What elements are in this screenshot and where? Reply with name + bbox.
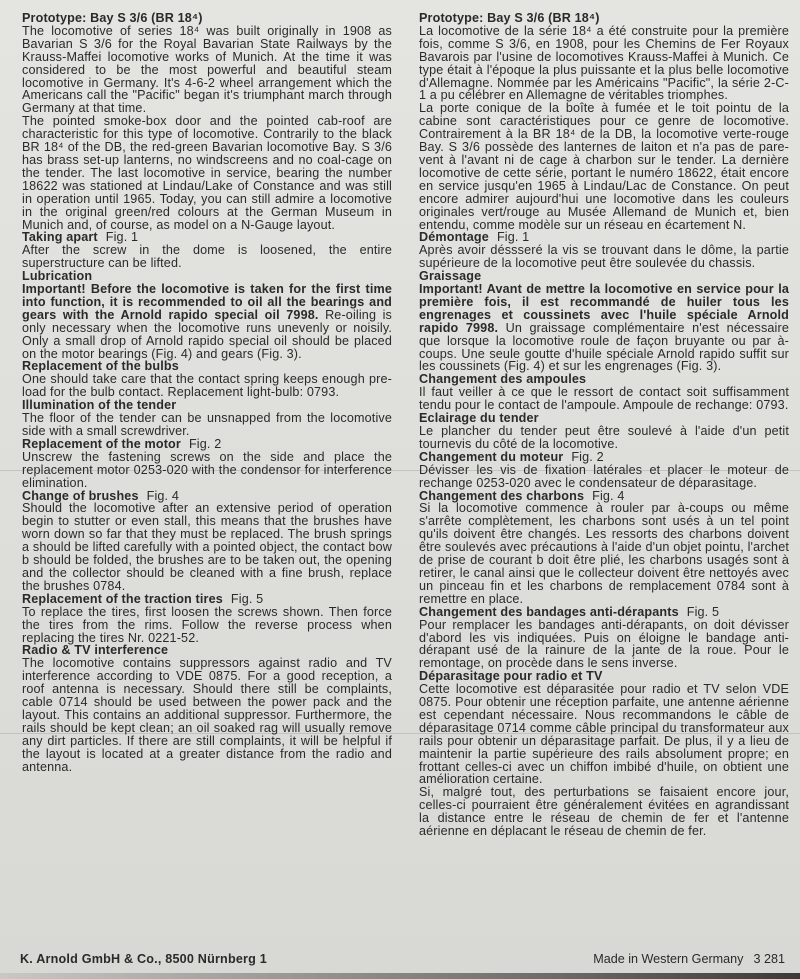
paragraph: Le plancher du tender peut être soulevé … [419,425,789,451]
paragraph-text: To replace the tires, first loosen the s… [22,605,392,645]
heading-text: Déparasitage pour radio et TV [419,669,603,683]
heading-text: Replacement of the motor [22,437,181,451]
heading-text: Changement des bandages anti-dérapants [419,605,679,619]
paragraph: Si, malgré tout, des perturbations se fa… [419,786,789,838]
section: Changement des charbonsFig. 4Si la locom… [419,490,789,606]
paragraph: La locomotive de la série 18⁴ a été cons… [419,25,789,102]
paragraph-text: Si, malgré tout, des perturbations se fa… [419,785,789,838]
figure-reference: Fig. 4 [592,489,624,503]
section: Change of brushesFig. 4Should the locomo… [22,490,392,593]
paragraph-text: Cette locomotive est déparasitée pour ra… [419,682,789,786]
section: Replacement of the motorFig. 2Unscrew th… [22,438,392,490]
paragraph-text: Si la locomotive commence à rouler par à… [419,501,789,605]
heading-text: Eclairage du tender [419,411,539,425]
heading-text: Graissage [419,269,481,283]
heading-text: Lubrication [22,269,92,283]
section: Illumination of the tenderThe floor of t… [22,399,392,438]
paragraph: La porte conique de la boîte à fumée et … [419,102,789,231]
paragraph-text: Pour remplacer les bandages anti-dérapan… [419,618,789,671]
paragraph: The locomotive contains suppressors agai… [22,657,392,773]
heading-text: Replacement of the traction tires [22,592,223,606]
paragraph-text: La porte conique de la boîte à fumée et … [419,101,789,231]
paragraph: Important! Avant de mettre la locomotive… [419,283,789,373]
paragraph-text: La locomotive de la série 18⁴ a été cons… [419,24,789,103]
section: Replacement of the traction tiresFig. 5T… [22,593,392,645]
section: Taking apartFig. 1After the screw in the… [22,231,392,270]
paragraph-text: The locomotive contains suppressors agai… [22,656,392,773]
origin-note: Made in Western Germany3 281 [593,952,785,966]
section: Prototype: Bay S 3/6 (BR 18⁴)La locomoti… [419,12,789,231]
english-column: Prototype: Bay S 3/6 (BR 18⁴)The locomot… [22,12,392,773]
heading-text: Prototype: Bay S 3/6 (BR 18⁴) [419,11,600,25]
heading-text: Changement des ampoules [419,372,586,386]
section: Eclairage du tenderLe plancher du tender… [419,412,789,451]
paragraph-text: Unscrew the fastening screws on the side… [22,450,392,490]
paragraph-text: One should take care that the contact sp… [22,372,392,399]
paragraph-text: Le plancher du tender peut être soulevé … [419,424,789,451]
paper-bottom-edge [0,973,800,979]
paragraph: Should the locomotive after an extensive… [22,502,392,592]
made-in-label: Made in Western Germany [593,952,743,966]
heading-text: Change of brushes [22,489,139,503]
section: Déparasitage pour radio et TVCette locom… [419,670,789,838]
paragraph-text: Dévisser les vis de fixation latérales e… [419,463,789,490]
publisher-address: K. Arnold GmbH & Co., 8500 Nürnberg 1 [20,952,267,966]
section: Changement des ampoulesIl faut veiller à… [419,373,789,412]
figure-reference: Fig. 1 [497,230,529,244]
heading-text: Démontage [419,230,489,244]
paragraph: After the screw in the dome is loosened,… [22,244,392,270]
print-code: 3 281 [753,952,785,966]
paragraph-text: Should the locomotive after an extensive… [22,501,392,592]
section: Changement des bandages anti-dérapantsFi… [419,606,789,671]
heading-text: Taking apart [22,230,98,244]
figure-reference: Fig. 5 [687,605,719,619]
paragraph-text: The pointed smoke-box door and the point… [22,114,392,231]
heading-text: Prototype: Bay S 3/6 (BR 18⁴) [22,11,203,25]
heading-text: Illumination of the tender [22,398,176,412]
heading-text: Replacement of the bulbs [22,359,179,373]
paragraph-text: The floor of the tender can be unsnapped… [22,411,392,438]
section: GraissageImportant! Avant de mettre la l… [419,270,789,373]
paragraph: Il faut veiller à ce que le ressort de c… [419,386,789,412]
paragraph: Dévisser les vis de fixation latérales e… [419,464,789,490]
paragraph: Cette locomotive est déparasitée pour ra… [419,683,789,786]
paragraph: The pointed smoke-box door and the point… [22,115,392,231]
section: DémontageFig. 1Après avoir déssseré la v… [419,231,789,270]
paragraph: One should take care that the contact sp… [22,373,392,399]
paragraph: Pour remplacer les bandages anti-dérapan… [419,619,789,671]
paragraph: Si la locomotive commence à rouler par à… [419,502,789,605]
section: Changement du moteurFig. 2Dévisser les v… [419,451,789,490]
heading-text: Changement des charbons [419,489,584,503]
heading-text: Changement du moteur [419,450,563,464]
heading-text: Radio & TV interference [22,643,168,657]
figure-reference: Fig. 4 [147,489,179,503]
paragraph: Important! Before the locomotive is take… [22,283,392,360]
paragraph: Après avoir déssseré la vis se trouvant … [419,244,789,270]
paragraph-text: The locomotive of series 18⁴ was built o… [22,24,392,115]
paragraph-text: Il faut veiller à ce que le ressort de c… [419,385,789,412]
figure-reference: Fig. 2 [189,437,221,451]
paragraph: The floor of the tender can be unsnapped… [22,412,392,438]
figure-reference: Fig. 5 [231,592,263,606]
figure-reference: Fig. 2 [571,450,603,464]
figure-reference: Fig. 1 [106,230,138,244]
paragraph: The locomotive of series 18⁴ was built o… [22,25,392,115]
paragraph: To replace the tires, first loosen the s… [22,606,392,645]
paragraph-text: After the screw in the dome is loosened,… [22,243,392,270]
section: LubricationImportant! Before the locomot… [22,270,392,360]
paragraph: Unscrew the fastening screws on the side… [22,451,392,490]
section: Prototype: Bay S 3/6 (BR 18⁴)The locomot… [22,12,392,231]
section: Radio & TV interferenceThe locomotive co… [22,644,392,773]
section: Replacement of the bulbsOne should take … [22,360,392,399]
french-column: Prototype: Bay S 3/6 (BR 18⁴)La locomoti… [419,12,789,838]
paragraph-text: Après avoir déssseré la vis se trouvant … [419,243,789,270]
instruction-sheet: Prototype: Bay S 3/6 (BR 18⁴)The locomot… [0,0,800,979]
